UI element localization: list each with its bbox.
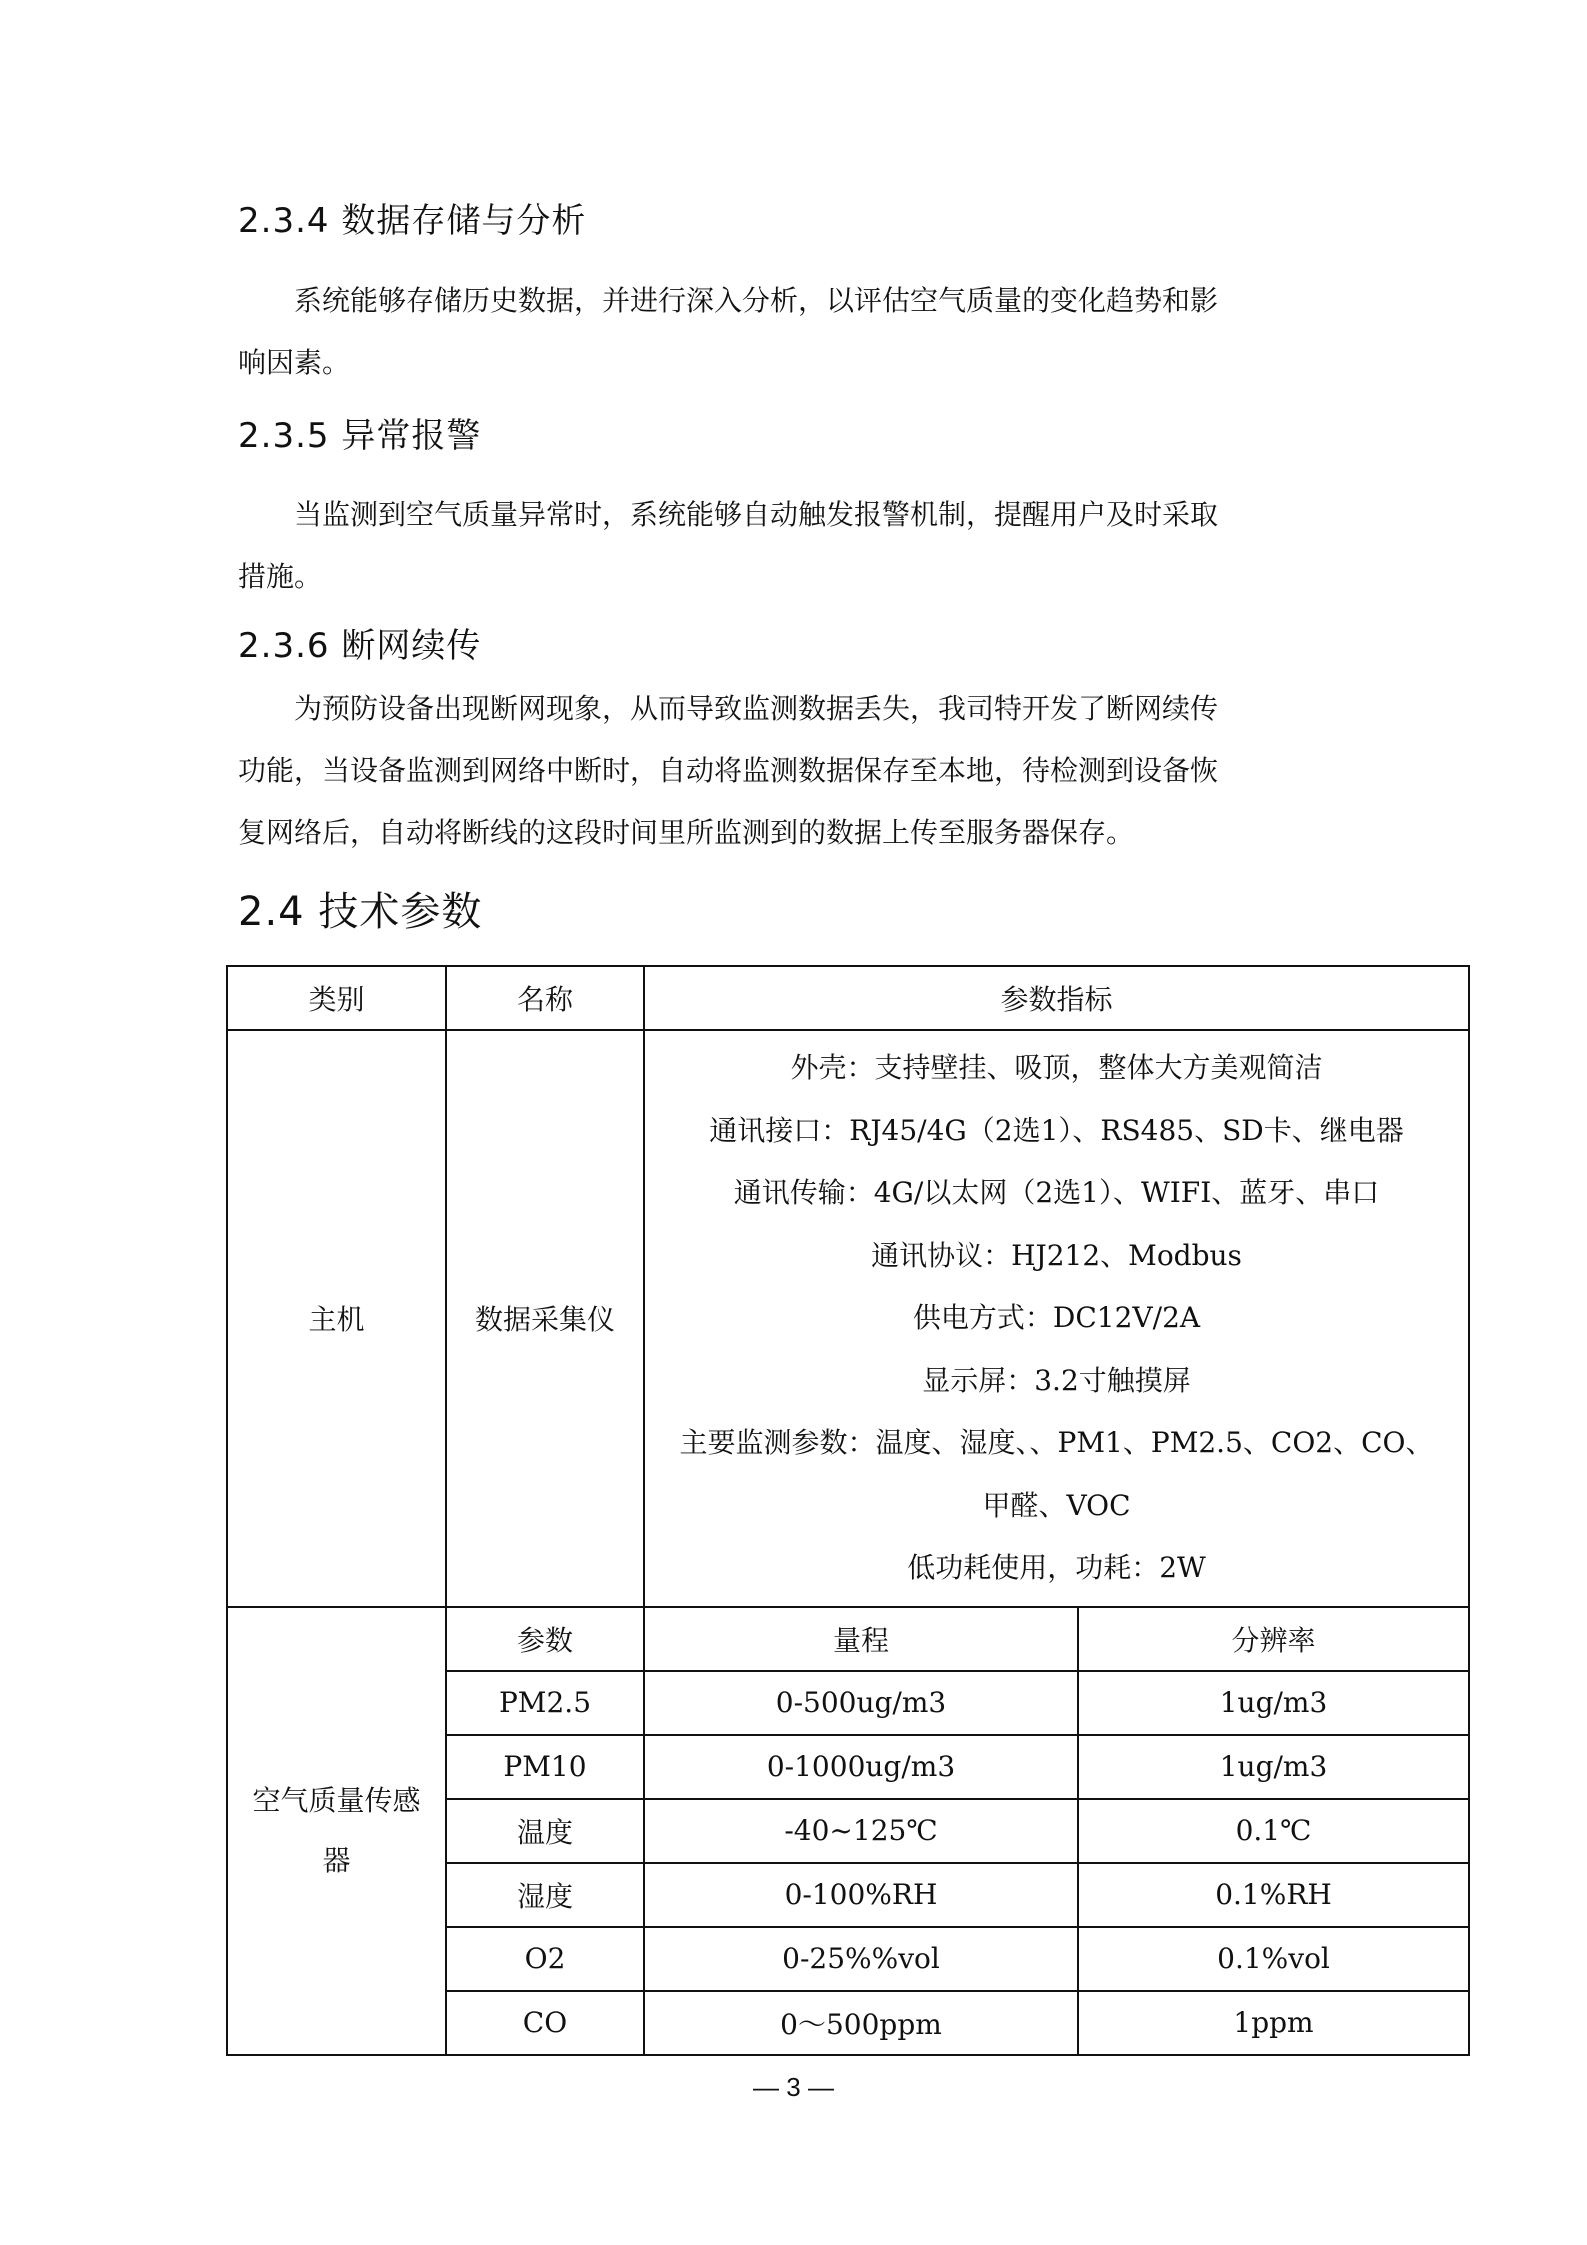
spec-line: 供电方式：DC12V/2A <box>659 1287 1454 1350</box>
body-line: 系统能够存储历史数据，并进行深入分析，以评估空气质量的变化趋势和影 <box>294 284 1218 317</box>
sensor-param: 湿度 <box>446 1863 644 1927</box>
spec-line: 通讯协议：HJ212、Modbus <box>659 1225 1454 1288</box>
subheader-range: 量程 <box>644 1607 1078 1671</box>
sensor-category: 空气质量传感器 <box>227 1607 446 2055</box>
sensor-range: 0～500ppm <box>644 1991 1078 2055</box>
section-body-2-3-5: 当监测到空气质量异常时，系统能够自动触发报警机制，提醒用户及时采取 措施。 <box>238 484 1348 608</box>
section-body-2-3-4: 系统能够存储历史数据，并进行深入分析，以评估空气质量的变化趋势和影 响因素。 <box>238 270 1348 394</box>
table-header-row: 类别 名称 参数指标 <box>227 966 1469 1030</box>
sensor-range: 0-25%%vol <box>644 1927 1078 1991</box>
spec-line: 显示屏：3.2寸触摸屏 <box>659 1350 1454 1413</box>
sensor-resolution: 1ppm <box>1078 1991 1469 2055</box>
section-heading-2-3-6: 2.3.6 断网续传 <box>238 618 481 667</box>
sensor-subheader-row: 空气质量传感器 参数 量程 分辨率 <box>227 1607 1469 1671</box>
sensor-param: 温度 <box>446 1799 644 1863</box>
body-line: 复网络后，自动将断线的这段时间里所监测到的数据上传至服务器保存。 <box>238 816 1134 849</box>
page-number: — 3 — <box>0 2072 1587 2103</box>
header-category: 类别 <box>227 966 446 1030</box>
sensor-range: -40~125℃ <box>644 1799 1078 1863</box>
host-name: 数据采集仪 <box>446 1030 644 1607</box>
subheader-param: 参数 <box>446 1607 644 1671</box>
sensor-resolution: 1ug/m3 <box>1078 1671 1469 1735</box>
spec-line: 外壳：支持壁挂、吸顶，整体大方美观简洁 <box>659 1037 1454 1100</box>
sensor-param: CO <box>446 1991 644 2055</box>
body-line: 响因素。 <box>238 346 350 379</box>
sensor-range: 0-500ug/m3 <box>644 1671 1078 1735</box>
sensor-range: 0-1000ug/m3 <box>644 1735 1078 1799</box>
section-heading-2-3-4: 2.3.4 数据存储与分析 <box>238 193 586 242</box>
section-heading-2-3-5: 2.3.5 异常报警 <box>238 408 481 457</box>
sensor-param: PM10 <box>446 1735 644 1799</box>
spec-line: 通讯接口：RJ45/4G（2选1）、RS485、SD卡、继电器 <box>659 1100 1454 1163</box>
spec-line: 低功耗使用，功耗：2W <box>659 1537 1454 1600</box>
sensor-param: PM2.5 <box>446 1671 644 1735</box>
body-line: 措施。 <box>238 560 322 593</box>
body-line: 功能，当设备监测到网络中断时，自动将监测数据保存至本地，待检测到设备恢 <box>238 754 1218 787</box>
body-line: 为预防设备出现断网现象，从而导致监测数据丢失，我司特开发了断网续传 <box>294 692 1218 725</box>
host-category: 主机 <box>227 1030 446 1607</box>
subheader-resolution: 分辨率 <box>1078 1607 1469 1671</box>
sensor-resolution: 0.1℃ <box>1078 1799 1469 1863</box>
sensor-resolution: 0.1%vol <box>1078 1927 1469 1991</box>
sensor-resolution: 1ug/m3 <box>1078 1735 1469 1799</box>
spec-line: 通讯传输：4G/以太网（2选1）、WIFI、蓝牙、串口 <box>659 1162 1454 1225</box>
header-params: 参数指标 <box>644 966 1469 1030</box>
sensor-param: O2 <box>446 1927 644 1991</box>
spec-line: 甲醛、VOC <box>659 1475 1454 1538</box>
spec-line: 主要监测参数：温度、湿度、、PM1、PM2.5、CO2、CO、 <box>659 1412 1454 1475</box>
body-line: 当监测到空气质量异常时，系统能够自动触发报警机制，提醒用户及时采取 <box>294 498 1218 531</box>
tech-params-table: 类别 名称 参数指标 主机 数据采集仪 外壳：支持壁挂、吸顶，整体大方美观简洁 … <box>226 965 1470 2056</box>
section-body-2-3-6: 为预防设备出现断网现象，从而导致监测数据丢失，我司特开发了断网续传 功能，当设备… <box>238 678 1348 864</box>
sensor-range: 0-100%RH <box>644 1863 1078 1927</box>
header-name: 名称 <box>446 966 644 1030</box>
host-spec-list: 外壳：支持壁挂、吸顶，整体大方美观简洁 通讯接口：RJ45/4G（2选1）、RS… <box>644 1030 1469 1607</box>
table-row-host: 主机 数据采集仪 外壳：支持壁挂、吸顶，整体大方美观简洁 通讯接口：RJ45/4… <box>227 1030 1469 1607</box>
sensor-resolution: 0.1%RH <box>1078 1863 1469 1927</box>
section-heading-2-4: 2.4 技术参数 <box>238 880 482 937</box>
